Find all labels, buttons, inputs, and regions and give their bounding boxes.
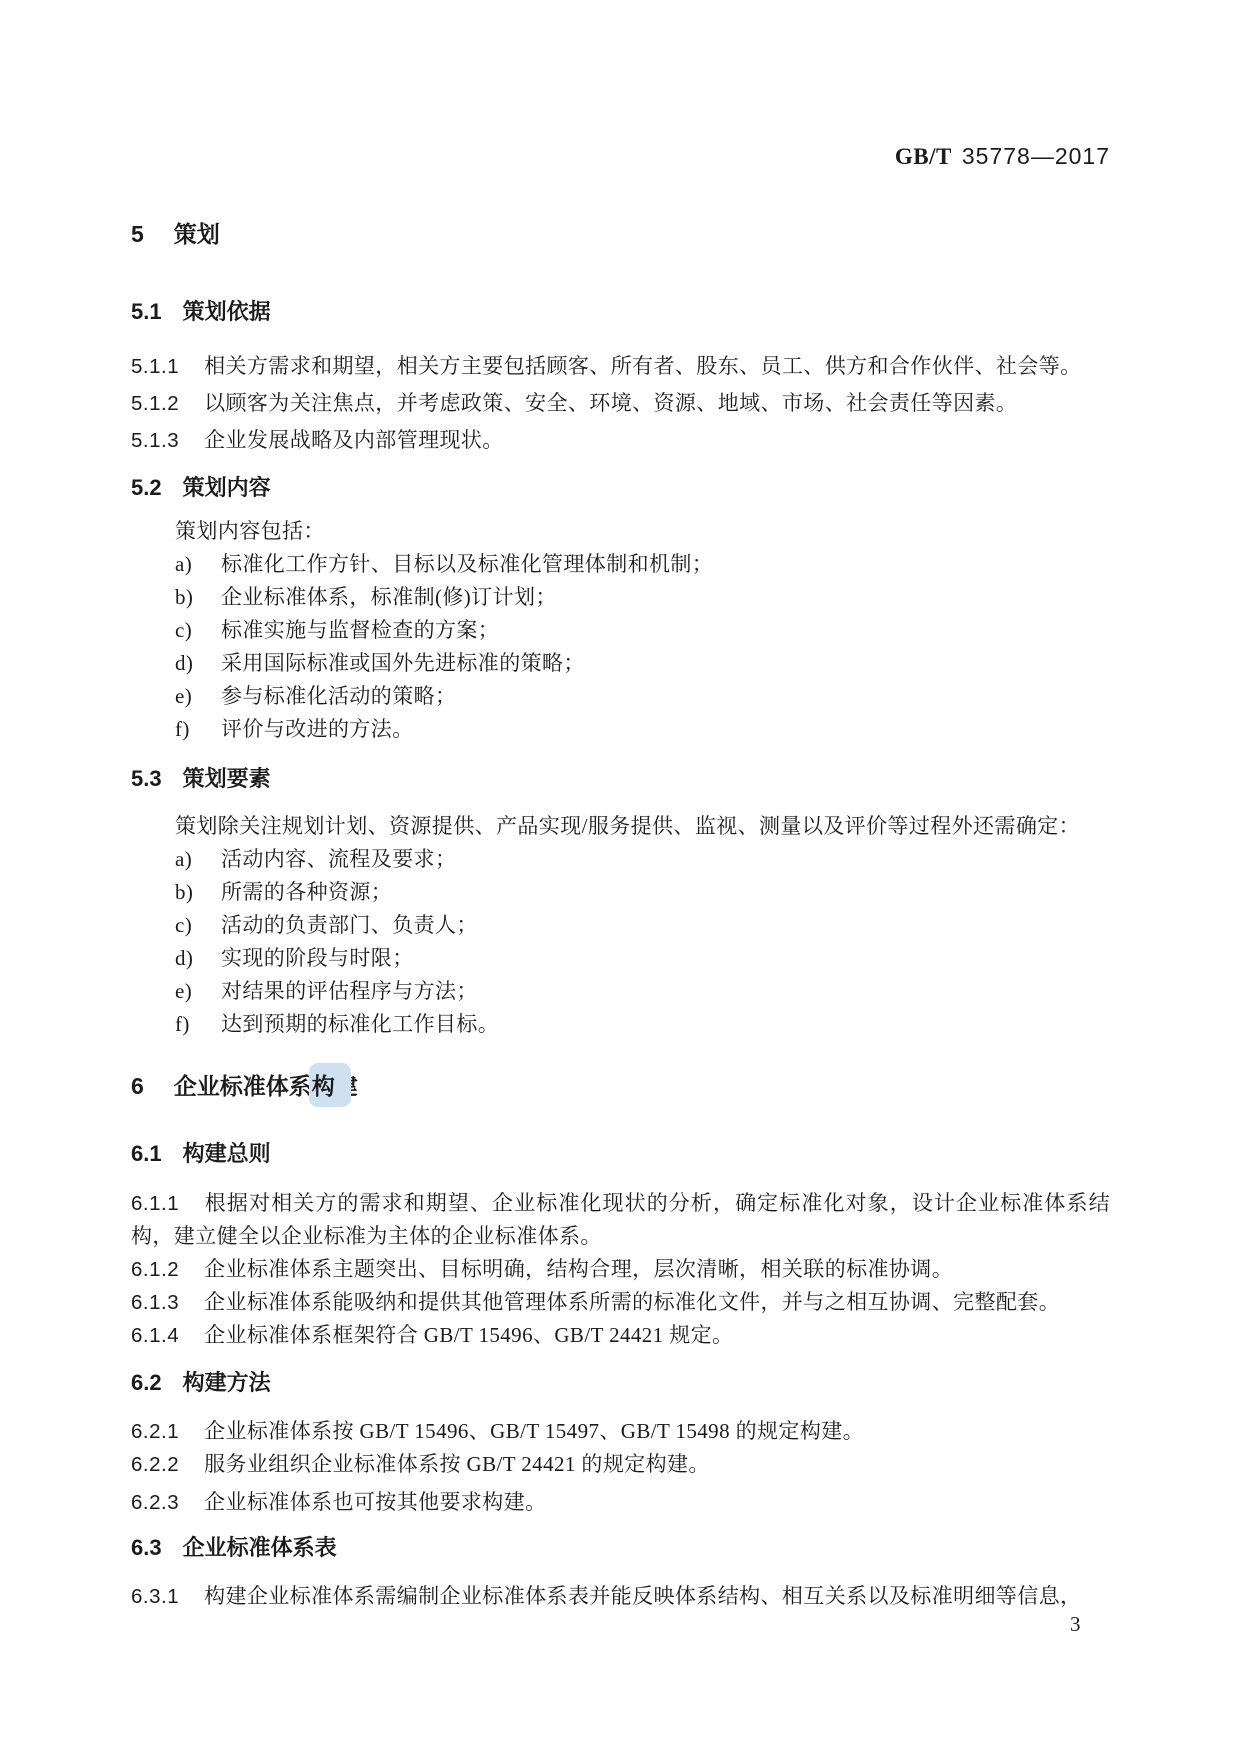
clause-6-1-3: 6.1.3企业标准体系能吸纳和提供其他管理体系所需的标准化文件，并与之相互协调、… xyxy=(0,1286,1241,1319)
clause-6-1-1: 6.1.1根据对相关方的需求和期望、企业标准化现状的分析，确定标准化对象，设计企… xyxy=(0,1187,1241,1253)
list-item-text: 实现的阶段与时限； xyxy=(221,946,414,970)
section-number: 6.1 xyxy=(131,1139,162,1169)
list-marker: d) xyxy=(175,942,197,975)
clause-text: 企业标准体系按 GB/T 15496、GB/T 15497、GB/T 15498… xyxy=(204,1419,864,1443)
section-6-1-heading: 6.1构建总则 xyxy=(0,1139,1241,1169)
list-item-text: 标准实施与监督检查的方案； xyxy=(221,618,499,642)
section-5-2-heading: 5.2策划内容 xyxy=(0,473,1241,503)
clause-6-3-1: 6.3.1构建企业标准体系需编制企业标准体系表并能反映体系结构、相互关系以及标准… xyxy=(0,1580,1241,1613)
list-item-text: 达到预期的标准化工作目标。 xyxy=(221,1012,499,1036)
chapter-title-highlighted: 构 xyxy=(312,1073,335,1099)
clause-text: 企业标准体系能吸纳和提供其他管理体系所需的标准化文件，并与之相互协调、完整配套。 xyxy=(204,1290,1060,1314)
clause-text: 企业标准体系也可按其他要求构建。 xyxy=(204,1490,546,1514)
list-item-5-2-c: c)标准实施与监督检查的方案； xyxy=(0,614,1241,647)
section-number: 6.3 xyxy=(131,1533,162,1563)
clause-number: 6.2.1 xyxy=(131,1420,179,1443)
paragraph-intro-5-3: 策划除关注规划计划、资源提供、产品实现/服务提供、监视、测量以及评价等过程外还需… xyxy=(0,810,1241,843)
section-number: 5.3 xyxy=(131,764,162,794)
chapter-title: 企业标准体系构建 xyxy=(174,1073,358,1099)
clause-text: 根据对相关方的需求和期望、企业标准化现状的分析，确定标准化对象，设计企业标准体系… xyxy=(131,1191,1110,1248)
list-item-text: 对结果的评估程序与方法； xyxy=(221,979,478,1003)
section-title: 构建方法 xyxy=(183,1370,271,1395)
section-5-1-heading: 5.1策划依据 xyxy=(0,297,1241,327)
list-marker: f) xyxy=(175,1008,197,1041)
clause-number: 6.1.1 xyxy=(131,1192,179,1215)
section-title: 策划内容 xyxy=(183,475,271,500)
clause-text: 构建企业标准体系需编制企业标准体系表并能反映体系结构、相互关系以及标准明细等信息… xyxy=(204,1584,1081,1608)
list-marker: e) xyxy=(175,975,197,1008)
clause-5-1-2: 5.1.2以顾客为关注焦点，并考虑政策、安全、环境、资源、地域、市场、社会责任等… xyxy=(0,387,1241,420)
chapter-title-pre: 企业标准体系 xyxy=(174,1073,312,1099)
list-item-text: 评价与改进的方法。 xyxy=(221,717,414,741)
list-marker: c) xyxy=(175,909,197,942)
clause-number: 6.3.1 xyxy=(131,1585,179,1608)
section-number: 6.2 xyxy=(131,1368,162,1398)
list-item-5-3-e: e)对结果的评估程序与方法； xyxy=(0,975,1241,1008)
clause-number: 5.1.1 xyxy=(131,355,179,378)
clause-6-2-2: 6.2.2服务业组织企业标准体系按 GB/T 24421 的规定构建。 xyxy=(0,1448,1241,1481)
clause-text: 以顾客为关注焦点，并考虑政策、安全、环境、资源、地域、市场、社会责任等因素。 xyxy=(204,391,1017,415)
list-item-5-3-f: f)达到预期的标准化工作目标。 xyxy=(0,1008,1241,1041)
page-number: 3 xyxy=(1070,1610,1081,1638)
clause-6-2-3: 6.2.3企业标准体系也可按其他要求构建。 xyxy=(0,1486,1241,1519)
list-item-text: 所需的各种资源； xyxy=(221,880,392,904)
clause-number: 6.1.4 xyxy=(131,1324,179,1347)
list-item-5-2-e: e)参与标准化活动的策略； xyxy=(0,680,1241,713)
document-page: GB/T35778—2017 5策划 5.1策划依据 5.1.1相关方需求和期望… xyxy=(0,0,1241,1754)
clause-6-2-1: 6.2.1企业标准体系按 GB/T 15496、GB/T 15497、GB/T … xyxy=(0,1415,1241,1448)
list-item-5-3-a: a)活动内容、流程及要求； xyxy=(0,843,1241,876)
clause-6-1-4: 6.1.4企业标准体系框架符合 GB/T 15496、GB/T 24421 规定… xyxy=(0,1319,1241,1352)
clause-6-1-2: 6.1.2企业标准体系主题突出、目标明确，结构合理，层次清晰，相关联的标准协调。 xyxy=(0,1253,1241,1286)
section-title: 构建总则 xyxy=(183,1141,271,1166)
chapter-title: 策划 xyxy=(174,221,220,247)
clause-number: 5.1.3 xyxy=(131,429,179,452)
list-item-text: 采用国际标准或国外先进标准的策略； xyxy=(221,651,585,675)
clause-number: 5.1.2 xyxy=(131,392,179,415)
paragraph-intro-5-2: 策划内容包括： xyxy=(0,515,1241,548)
list-item-text: 企业标准体系，标准制(修)订计划； xyxy=(221,585,557,609)
clause-5-1-1: 5.1.1相关方需求和期望，相关方主要包括顾客、所有者、股东、员工、供方和合作伙… xyxy=(0,350,1241,383)
clause-text: 相关方需求和期望，相关方主要包括顾客、所有者、股东、员工、供方和合作伙伴、社会等… xyxy=(204,354,1081,378)
list-marker: d) xyxy=(175,647,197,680)
doc-header: GB/T35778—2017 xyxy=(0,142,1241,170)
clause-number: 6.1.3 xyxy=(131,1291,179,1314)
clause-text: 企业标准体系框架符合 GB/T 15496、GB/T 24421 规定。 xyxy=(204,1323,733,1347)
clause-text: 企业发展战略及内部管理现状。 xyxy=(204,428,504,452)
list-marker: e) xyxy=(175,680,197,713)
list-marker: a) xyxy=(175,548,197,581)
list-marker: a) xyxy=(175,843,197,876)
clause-5-1-3: 5.1.3企业发展战略及内部管理现状。 xyxy=(0,424,1241,457)
chapter-number: 6 xyxy=(131,1069,144,1103)
list-item-5-2-f: f)评价与改进的方法。 xyxy=(0,713,1241,746)
section-6-2-heading: 6.2构建方法 xyxy=(0,1368,1241,1398)
list-item-5-3-b: b)所需的各种资源； xyxy=(0,876,1241,909)
section-number: 5.2 xyxy=(131,473,162,503)
standard-code-prefix: GB/T xyxy=(895,144,952,169)
clause-text: 服务业组织企业标准体系按 GB/T 24421 的规定构建。 xyxy=(204,1452,710,1476)
list-item-text: 参与标准化活动的策略； xyxy=(221,684,456,708)
clause-number: 6.1.2 xyxy=(131,1258,179,1281)
highlighted-character-wrap: 构 xyxy=(312,1069,335,1103)
list-marker: b) xyxy=(175,876,197,909)
list-item-text: 活动的负责部门、负责人； xyxy=(221,913,478,937)
section-title: 策划要素 xyxy=(183,766,271,791)
chapter-6-heading: 6企业标准体系构建 xyxy=(0,1069,1241,1103)
list-item-5-3-d: d)实现的阶段与时限； xyxy=(0,942,1241,975)
section-title: 策划依据 xyxy=(183,299,271,324)
list-item-text: 活动内容、流程及要求； xyxy=(221,847,456,871)
clause-number: 6.2.2 xyxy=(131,1453,179,1476)
clause-text: 企业标准体系主题突出、目标明确，结构合理，层次清晰，相关联的标准协调。 xyxy=(204,1257,953,1281)
list-item-text: 标准化工作方针、目标以及标准化管理体制和机制； xyxy=(221,552,713,576)
list-marker: b) xyxy=(175,581,197,614)
section-number: 5.1 xyxy=(131,297,162,327)
chapter-5-heading: 5策划 xyxy=(0,217,1241,251)
clause-number: 6.2.3 xyxy=(131,1491,179,1514)
chapter-number: 5 xyxy=(131,217,144,251)
standard-code-number: 35778—2017 xyxy=(962,143,1110,169)
section-6-3-heading: 6.3企业标准体系表 xyxy=(0,1533,1241,1563)
list-item-5-3-c: c)活动的负责部门、负责人； xyxy=(0,909,1241,942)
list-marker: f) xyxy=(175,713,197,746)
list-item-5-2-d: d)采用国际标准或国外先进标准的策略； xyxy=(0,647,1241,680)
section-5-3-heading: 5.3策划要素 xyxy=(0,764,1241,794)
list-marker: c) xyxy=(175,614,197,647)
list-item-5-2-a: a)标准化工作方针、目标以及标准化管理体制和机制； xyxy=(0,548,1241,581)
section-title: 企业标准体系表 xyxy=(183,1535,337,1560)
list-item-5-2-b: b)企业标准体系，标准制(修)订计划； xyxy=(0,581,1241,614)
